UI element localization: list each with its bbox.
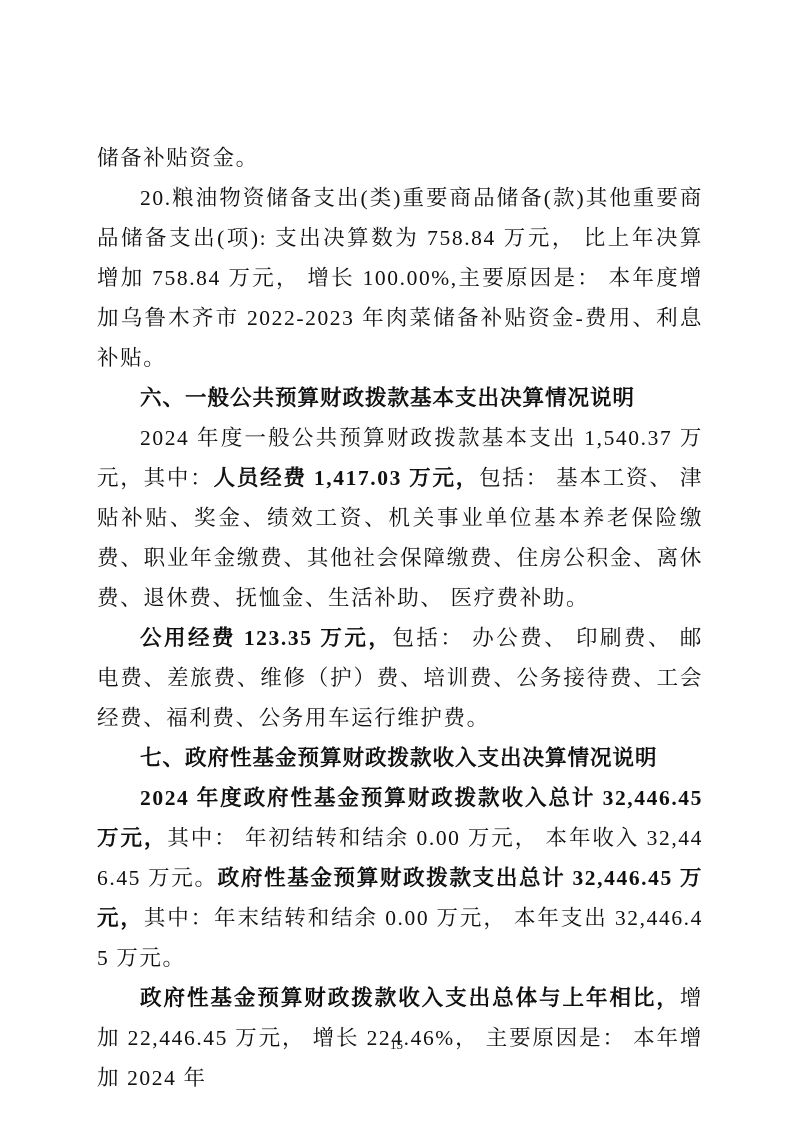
text-segment: 其中：年末结转和结余 0.00 万元， 本年支出 32,446.45 万元。 <box>97 906 703 970</box>
text-segment: 公用经费 123.35 万元， <box>140 626 392 650</box>
section-heading: 六、一般公共预算财政拨款基本支出决算情况说明 <box>97 378 703 418</box>
text-segment: 政府性基金预算财政拨款收入支出总体与上年相比， <box>140 986 680 1010</box>
text-segment: 六、一般公共预算财政拨款基本支出决算情况说明 <box>140 386 635 410</box>
section-heading: 七、政府性基金预算财政拨款收入支出决算情况说明 <box>97 738 703 778</box>
paragraph: 20.粮油物资储备支出(类)重要商品储备(款)其他重要商品储备支出(项): 支出… <box>97 178 703 378</box>
paragraph: 2024 年度一般公共预算财政拨款基本支出 1,540.37 万元，其中：人员经… <box>97 418 703 618</box>
document-body: 储备补贴资金。20.粮油物资储备支出(类)重要商品储备(款)其他重要商品储备支出… <box>97 138 703 1098</box>
text-segment: 人员经费 1,417.03 万元， <box>214 466 480 490</box>
text-segment: 储备补贴资金。 <box>97 146 259 170</box>
paragraph: 公用经费 123.35 万元，包括： 办公费、 印刷费、 邮电费、差旅费、维修（… <box>97 618 703 738</box>
text-segment: 七、政府性基金预算财政拨款收入支出决算情况说明 <box>140 746 658 770</box>
page-number: 15 <box>0 1036 793 1054</box>
text-segment: 20.粮油物资储备支出(类)重要商品储备(款)其他重要商品储备支出(项): 支出… <box>97 186 703 370</box>
paragraph: 储备补贴资金。 <box>97 138 703 178</box>
paragraph: 2024 年度政府性基金预算财政拨款收入总计 32,446.45 万元，其中： … <box>97 778 703 978</box>
document-page: 储备补贴资金。20.粮油物资储备支出(类)重要商品储备(款)其他重要商品储备支出… <box>0 0 793 1122</box>
